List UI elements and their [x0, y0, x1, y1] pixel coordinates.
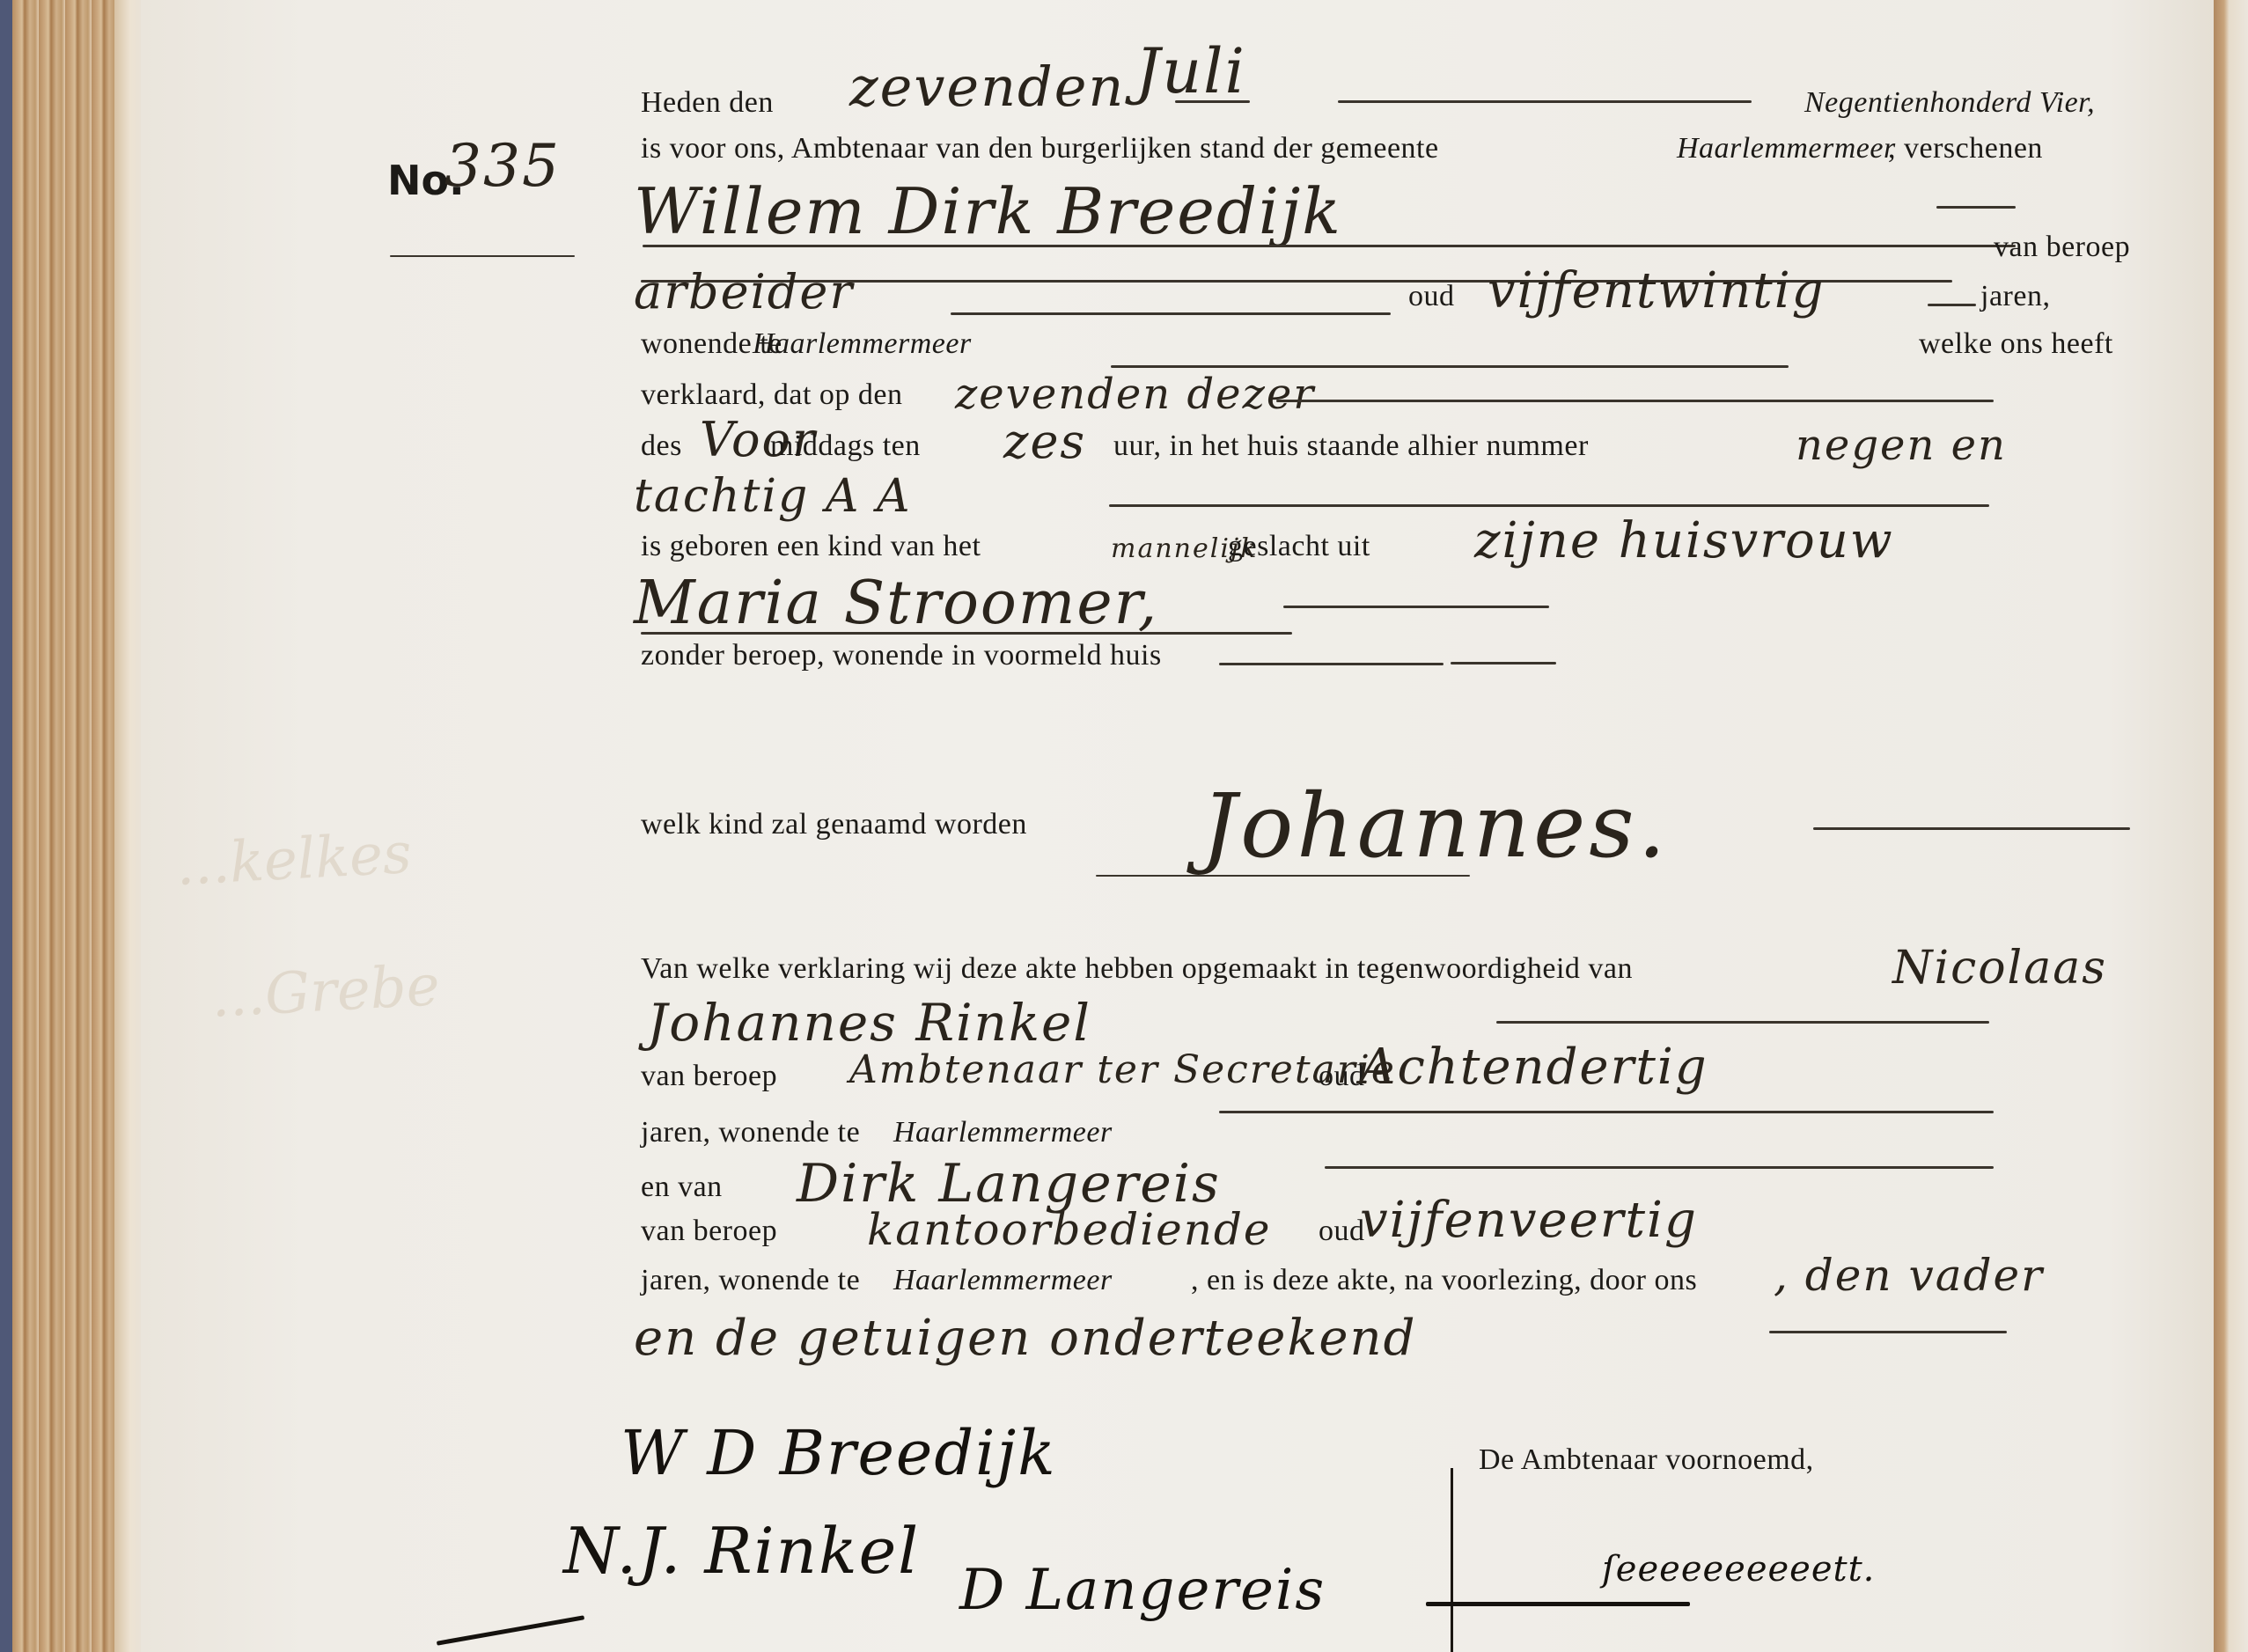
printed-van-beroep: van beroep [1994, 231, 2130, 264]
printed-oud: oud [1319, 1060, 1365, 1093]
hand-relation: zijne huisvrouw [1474, 512, 1894, 569]
rule [1219, 663, 1444, 665]
hand-father-occupation: arbeider [634, 264, 854, 319]
rule [1451, 662, 1556, 664]
rule [1175, 100, 1250, 103]
printed-verklaard: verklaard, dat op den [641, 378, 903, 412]
hand-house-number: negen en [1796, 421, 2007, 470]
printed-van-welke-verklaring: Van welke verklaring wij deze akte hebbe… [641, 952, 1633, 986]
printed-is-geboren: is geboren een kind van het [641, 530, 981, 563]
hand-witness1-first: Nicolaas [1892, 942, 2107, 995]
municipality: Haarlemmermeer [893, 1264, 1113, 1297]
printed-welke-ons-heeft: welke ons heeft [1919, 327, 2113, 361]
hand-hour: zes [1003, 414, 1086, 469]
signature-witness2: D Langereis [959, 1558, 1326, 1623]
printed-heden-den: Heden den [641, 86, 774, 120]
hand-child-name: Johannes. [1201, 775, 1669, 877]
bleed-through-text: ...Grebe [209, 953, 441, 1030]
municipality: Haarlemmermeer [893, 1116, 1113, 1149]
printed-oud: oud [1319, 1215, 1365, 1248]
rule [1769, 1331, 2007, 1333]
hand-witness1-occupation: Ambtenaar ter Secretarie [849, 1047, 1396, 1092]
hand-father-name: Willem Dirk Breedijk [634, 174, 1342, 248]
printed-geslacht-uit: geslacht uit [1228, 530, 1370, 563]
printed-ambtenaar-voornoemd: De Ambtenaar voornoemd, [1479, 1443, 1814, 1477]
signature-bracket [1451, 1468, 1453, 1652]
printed-van-beroep: van beroep [641, 1215, 777, 1248]
hand-father-age: vijfentwintig [1488, 262, 1826, 319]
rule [641, 632, 1292, 635]
printed-jaren-wonende: jaren, wonende te [641, 1116, 860, 1149]
bleed-through-text: ...kelkes [174, 821, 413, 899]
printed-middags-ten: middags ten [770, 430, 921, 463]
printed-oud: oud [1408, 280, 1455, 313]
printed-van-beroep: van beroep [641, 1060, 777, 1093]
rule [1928, 304, 1976, 306]
rule [1936, 206, 2016, 209]
signature-father: W D Breedijk [621, 1417, 1057, 1489]
signature-official: ſeeeeeeeeeett. [1602, 1549, 1875, 1590]
printed-jaren-wonende: jaren, wonende te [641, 1264, 860, 1297]
hand-house-number-cont: tachtig A A [634, 470, 912, 523]
page-gutter [114, 0, 141, 1652]
record-number: 335 [444, 132, 561, 200]
printed-year: Negentienhonderd Vier, [1804, 86, 2095, 120]
hand-witness2-occupation: kantoorbediende [867, 1204, 1272, 1255]
printed-welk-kind: welk kind zal genaamd worden [641, 808, 1027, 841]
hand-den-vader: , den vader [1774, 1250, 2044, 1301]
hand-mother-name: Maria Stroomer, [634, 569, 1158, 638]
rule [951, 312, 1391, 315]
signature-flourish [1426, 1602, 1690, 1606]
signature-witness1: N.J. Rinkel [563, 1514, 920, 1588]
printed-des: des [641, 430, 682, 463]
municipality: Haarlemmermeer [1677, 132, 1896, 165]
rule [1111, 365, 1789, 368]
rule [1283, 606, 1549, 608]
printed-en-van: en van [641, 1171, 723, 1204]
printed-voorlezing: , en is deze akte, na voorlezing, door o… [1191, 1264, 1697, 1297]
rule [1109, 504, 1989, 507]
printed-verschenen: , verschenen [1888, 132, 2043, 165]
rule [1219, 1111, 1994, 1113]
printed-zonder-beroep: zonder beroep, wonende in voormeld huis [641, 639, 1162, 672]
hand-witness1-rest: Johannes Rinkel [647, 993, 1091, 1053]
rule [1813, 827, 2130, 830]
rule [390, 255, 575, 257]
hand-birth-date: zevenden dezer [955, 370, 1315, 419]
rule [1496, 1021, 1989, 1024]
hand-witness1-age: Achtendertig [1360, 1039, 1708, 1096]
printed-jaren: jaren, [1980, 280, 2050, 313]
hand-onderteekend: en de getuigen onderteekend [634, 1310, 1416, 1367]
printed-uur-huis: uur, in het huis staande alhier nummer [1113, 430, 1589, 463]
hand-witness2-age: vijfenveertig [1360, 1192, 1698, 1249]
page-right-edge [2214, 0, 2248, 1652]
hand-day: zevenden [849, 55, 1125, 119]
rule [1276, 400, 1994, 402]
rule [643, 245, 2016, 247]
municipality: Haarlemmermeer [753, 327, 972, 361]
printed-intro: is voor ons, Ambtenaar van den burgerlij… [641, 132, 1439, 165]
hand-month: Juli [1135, 35, 1246, 107]
rule [1096, 875, 1470, 877]
rule [1325, 1166, 1994, 1169]
rule [1338, 100, 1752, 103]
